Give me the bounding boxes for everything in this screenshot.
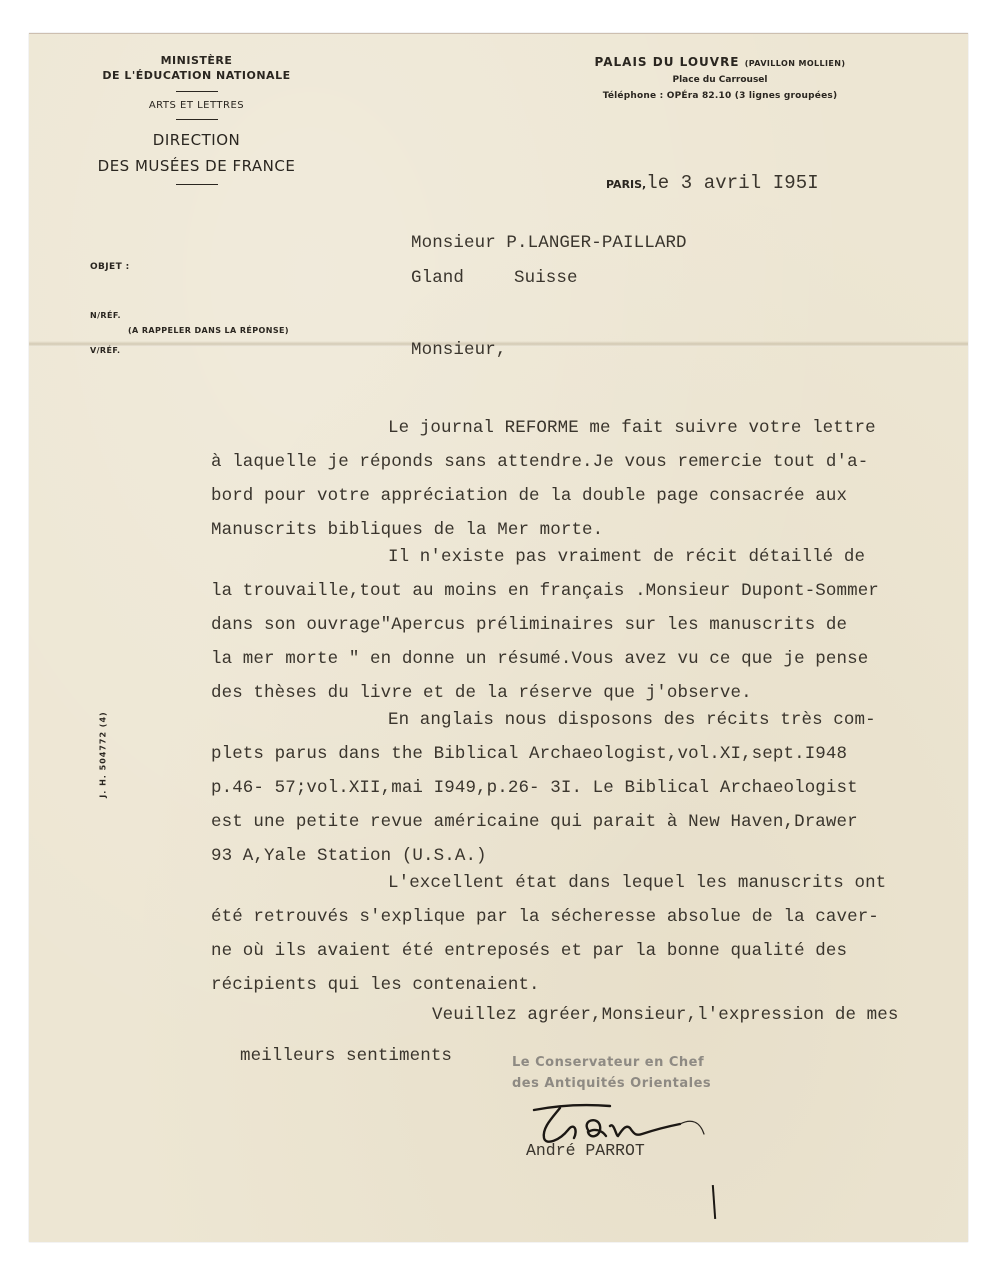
nref-label: N/RÉF. <box>90 311 121 320</box>
signatory-name: André PARROT <box>526 1141 645 1160</box>
divider <box>176 184 218 185</box>
place: Place du Carrousel <box>560 75 880 85</box>
direction-line2: DES MUSÉES DE FRANCE <box>80 154 313 178</box>
text-line: Il n'existe pas vraiment de récit détail… <box>211 540 971 574</box>
palais-name: PALAIS DU LOUVRE <box>595 55 740 69</box>
nref-note: (A RAPPELER DANS LA RÉPONSE) <box>128 326 289 335</box>
official-stamp: Le Conservateur en Chef des Antiquités O… <box>512 1052 711 1094</box>
text-line: récipients qui les contenaient. <box>211 968 971 1002</box>
text-line: est une petite revue américaine qui para… <box>211 805 971 839</box>
text-line: la trouvaille,tout au moins en français … <box>211 574 971 608</box>
text-line: L'excellent état dans lequel les manuscr… <box>211 866 971 900</box>
text-line: à laquelle je réponds sans attendre.Je v… <box>211 445 971 479</box>
margin-code: J. H. 504772 (4) <box>99 711 108 797</box>
ministry-line2: DE L'ÉDUCATION NATIONALE <box>80 68 313 83</box>
text-line: dans son ouvrage"Apercus préliminaires s… <box>211 608 971 642</box>
paragraph-3: En anglais nous disposons des récits trè… <box>211 703 971 873</box>
pavillon: (PAVILLON MOLLIEN) <box>745 59 846 68</box>
city-label: PARIS, <box>606 178 646 191</box>
vref-label: V/RÉF. <box>90 346 120 355</box>
telephone: Téléphone : OPÉra 82.10 (3 lignes groupé… <box>560 91 880 101</box>
palais-line: PALAIS DU LOUVRE (PAVILLON MOLLIEN) <box>560 55 880 69</box>
text-line: plets parus dans the Biblical Archaeolog… <box>211 737 971 771</box>
closing-line1: Veuillez agréer,Monsieur,l'expression de… <box>432 1005 898 1025</box>
divider <box>176 119 218 120</box>
text-line: En anglais nous disposons des récits trè… <box>211 703 971 737</box>
closing-line2: meilleurs sentiments <box>240 1046 452 1066</box>
objet-label: OBJET : <box>90 262 130 272</box>
stamp-line1: Le Conservateur en Chef <box>512 1052 711 1073</box>
paragraph-1: Le journal REFORME me fait suivre votre … <box>211 411 971 547</box>
text-line: la mer morte " en donne un résumé.Vous a… <box>211 642 971 676</box>
department: ARTS ET LETTRES <box>80 100 313 111</box>
recipient-city: Gland <box>411 268 464 288</box>
stamp-line2: des Antiquités Orientales <box>512 1073 711 1094</box>
text-line: p.46- 57;vol.XII,mai I949,p.26- 3I. Le B… <box>211 771 971 805</box>
recipient-country: Suisse <box>514 268 578 288</box>
direction-line1: DIRECTION <box>80 128 313 152</box>
recipient-line1: Monsieur P.LANGER-PAILLARD <box>411 233 687 253</box>
paragraph-4: L'excellent état dans lequel les manuscr… <box>211 866 971 1002</box>
date: le 3 avril I95I <box>646 172 819 194</box>
text-line: Le journal REFORME me fait suivre votre … <box>211 411 971 445</box>
text-line: ne où ils avaient été entreposés et par … <box>211 934 971 968</box>
letterhead-left: MINISTÈRE DE L'ÉDUCATION NATIONALE ARTS … <box>80 53 313 193</box>
salutation: Monsieur, <box>411 340 506 360</box>
letterhead-right: PALAIS DU LOUVRE (PAVILLON MOLLIEN) Plac… <box>560 55 880 101</box>
text-line: été retrouvés s'explique par la sécheres… <box>211 900 971 934</box>
divider <box>176 91 218 92</box>
dateline: PARIS,le 3 avril I95I <box>606 172 819 194</box>
text-line: bord pour votre appréciation de la doubl… <box>211 479 971 513</box>
ministry-line1: MINISTÈRE <box>80 53 313 68</box>
paragraph-2: Il n'existe pas vraiment de récit détail… <box>211 540 971 710</box>
